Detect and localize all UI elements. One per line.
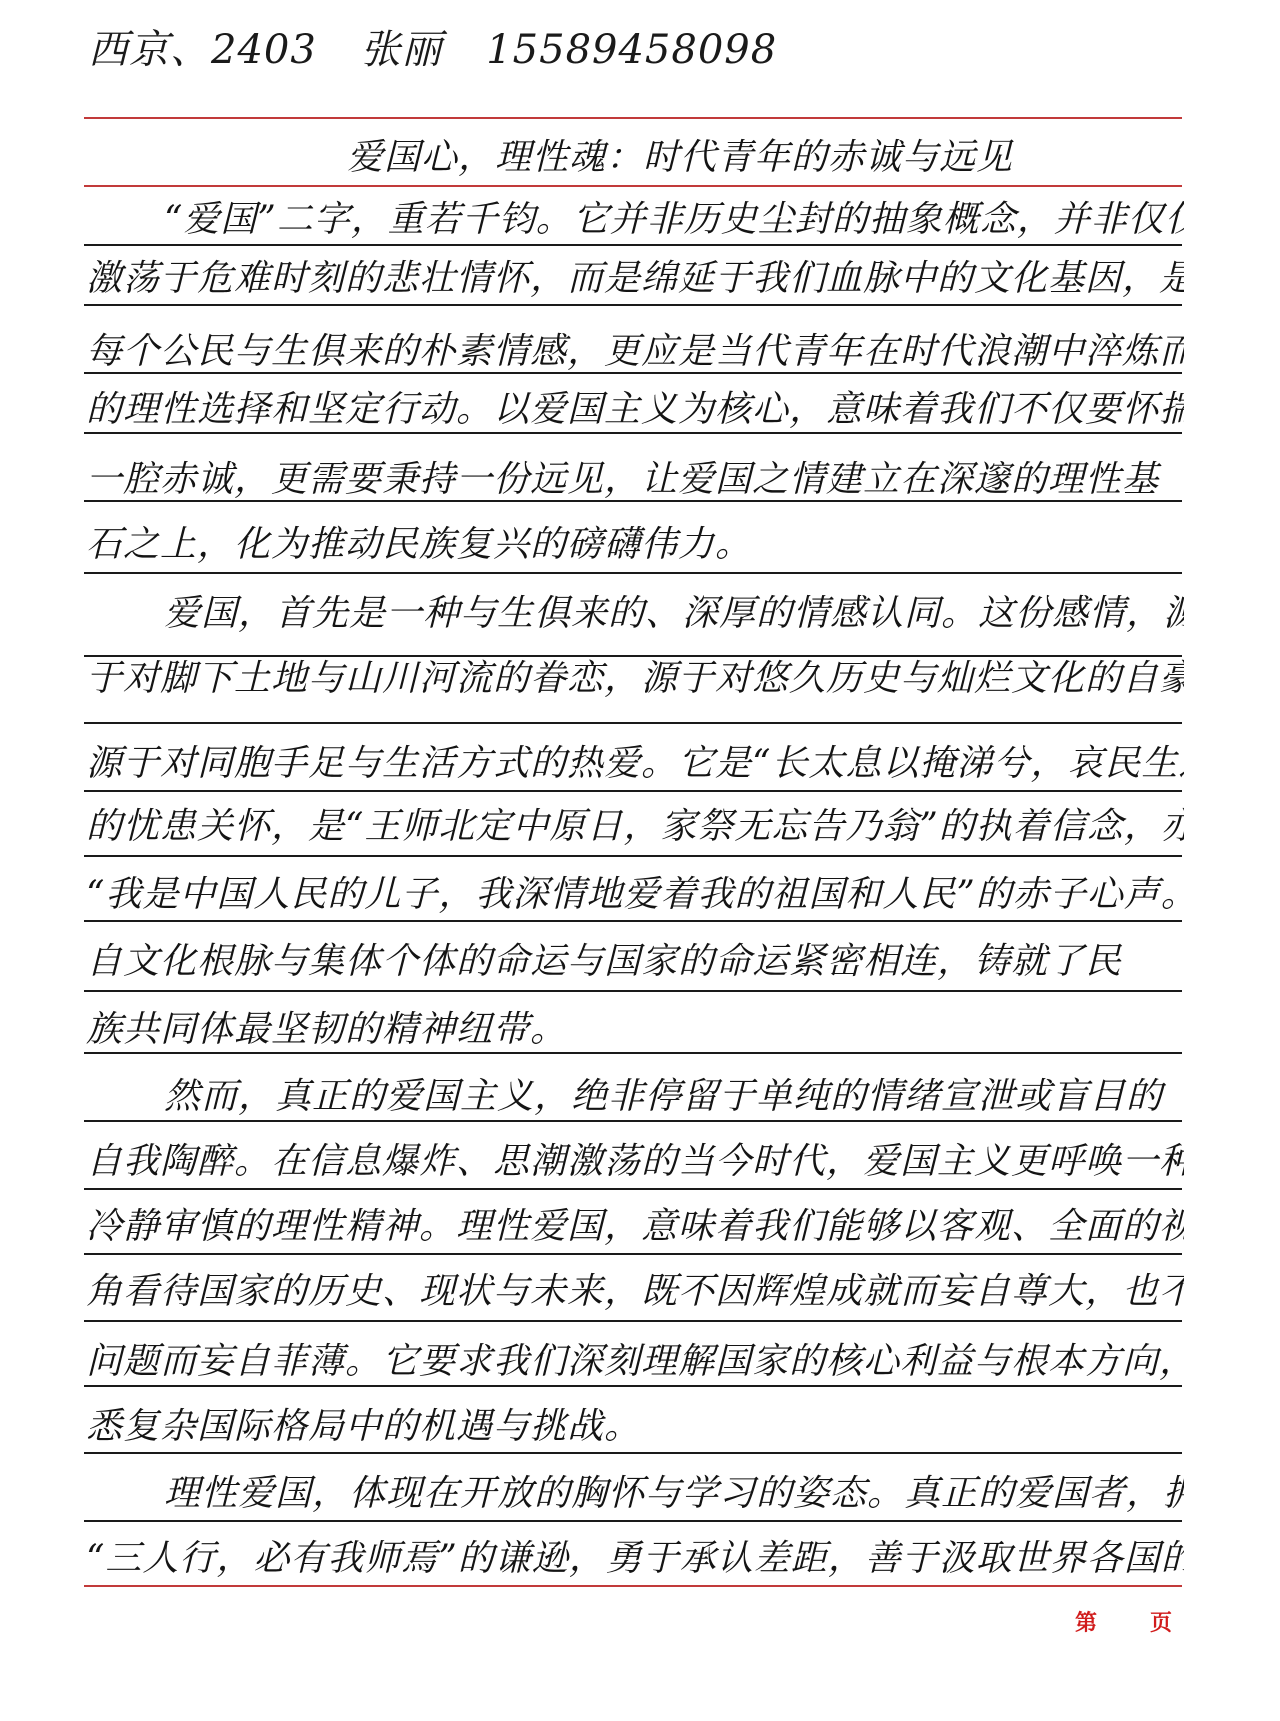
essay-line: 然而，真正的爱国主义，绝非停留于单纯的情绪宣泄或盲目的 <box>86 1075 1184 1119</box>
line-rule <box>84 722 1182 724</box>
line-rule <box>84 1452 1182 1454</box>
line-rule <box>84 572 1182 574</box>
line-rule <box>84 1320 1182 1322</box>
line-rule <box>84 304 1182 306</box>
line-rule <box>84 1520 1182 1522</box>
line-rule <box>84 500 1182 502</box>
line-rule <box>84 1188 1182 1190</box>
line-rule <box>84 1052 1182 1054</box>
line-rule <box>84 1120 1182 1122</box>
page-marker-ye: 页 <box>1150 1606 1172 1637</box>
essay-line: “我是中国人民的儿子，我深情地爱着我的祖国和人民”的赤子心声。这种源 <box>86 873 1184 917</box>
essay-line: “三人行，必有我师焉”的谦逊，勇于承认差距，善于汲取世界各国的先 <box>86 1537 1184 1581</box>
essay-line: 石之上，化为推动民族复兴的磅礴伟力。 <box>86 523 1184 567</box>
line-rule <box>84 372 1182 374</box>
line-rule <box>84 990 1182 992</box>
line-rule <box>84 1253 1182 1255</box>
essay-line: 问题而妄自菲薄。它要求我们深刻理解国家的核心利益与根本方向，洞 <box>86 1340 1184 1384</box>
essay-line: 冷静审慎的理性精神。理性爱国，意味着我们能够以客观、全面的视 <box>86 1205 1184 1249</box>
essay-line: 角看待国家的历史、现状与未来，既不因辉煌成就而妄自尊大，也不因存在 <box>86 1270 1184 1314</box>
line-rule <box>84 432 1182 434</box>
line-rule <box>84 244 1182 246</box>
phone-number: 15589458098 <box>486 27 777 73</box>
class-label: 西京、2403 <box>88 27 317 73</box>
line-rule <box>84 855 1182 857</box>
essay-line: 爱国，首先是一种与生俱来的、深厚的情感认同。这份感情，源 <box>86 592 1184 636</box>
line-rule <box>84 920 1182 922</box>
bottom-red-rule <box>84 1585 1182 1587</box>
essay-line: 悉复杂国际格局中的机遇与挑战。 <box>86 1405 1184 1449</box>
essay-line: 源于对同胞手足与生活方式的热爱。它是“长太息以掩涕兮，哀民生之多艰” <box>86 742 1184 786</box>
essay-line: 自我陶醉。在信息爆炸、思潮激荡的当今时代，爱国主义更呼唤一种 <box>86 1140 1184 1184</box>
essay-line: 族共同体最坚韧的精神纽带。 <box>86 1008 1184 1052</box>
essay-line: 理性爱国，体现在开放的胸怀与学习的姿态。真正的爱国者，拥有 <box>86 1472 1184 1516</box>
top-red-rule <box>84 117 1182 119</box>
header-info: 西京、2403 张丽 15589458098 <box>88 18 807 75</box>
page-marker-di: 第 <box>1075 1606 1097 1637</box>
essay-line: 的忧患关怀，是“王师北定中原日，家祭无忘告乃翁”的执着信念，亦是 <box>86 805 1184 849</box>
line-rule <box>84 790 1182 792</box>
line-rule <box>84 1385 1182 1387</box>
essay-title: 爱国心，理性魂：时代青年的赤诚与远见 <box>0 136 1280 180</box>
essay-line: 于对脚下土地与山川河流的眷恋，源于对悠久历史与灿烂文化的自豪， <box>86 657 1184 701</box>
essay-line: 一腔赤诚，更需要秉持一份远见，让爱国之情建立在深邃的理性基 <box>86 458 1184 502</box>
essay-line: 的理性选择和坚定行动。以爱国主义为核心，意味着我们不仅要怀揣 <box>86 388 1184 432</box>
student-name: 张丽 <box>361 27 443 73</box>
title-rule <box>84 185 1182 187</box>
essay-line: 自文化根脉与集体个体的命运与国家的命运紧密相连，铸就了民 <box>86 940 1184 984</box>
essay-line: 激荡于危难时刻的悲壮情怀，而是绵延于我们血脉中的文化基因，是 <box>86 257 1184 301</box>
essay-line: 每个公民与生俱来的朴素情感，更应是当代青年在时代浪潮中淬炼而成 <box>86 330 1184 374</box>
essay-line: “爱国”二字，重若千钧。它并非历史尘封的抽象概念，并非仅仅 <box>86 198 1184 242</box>
